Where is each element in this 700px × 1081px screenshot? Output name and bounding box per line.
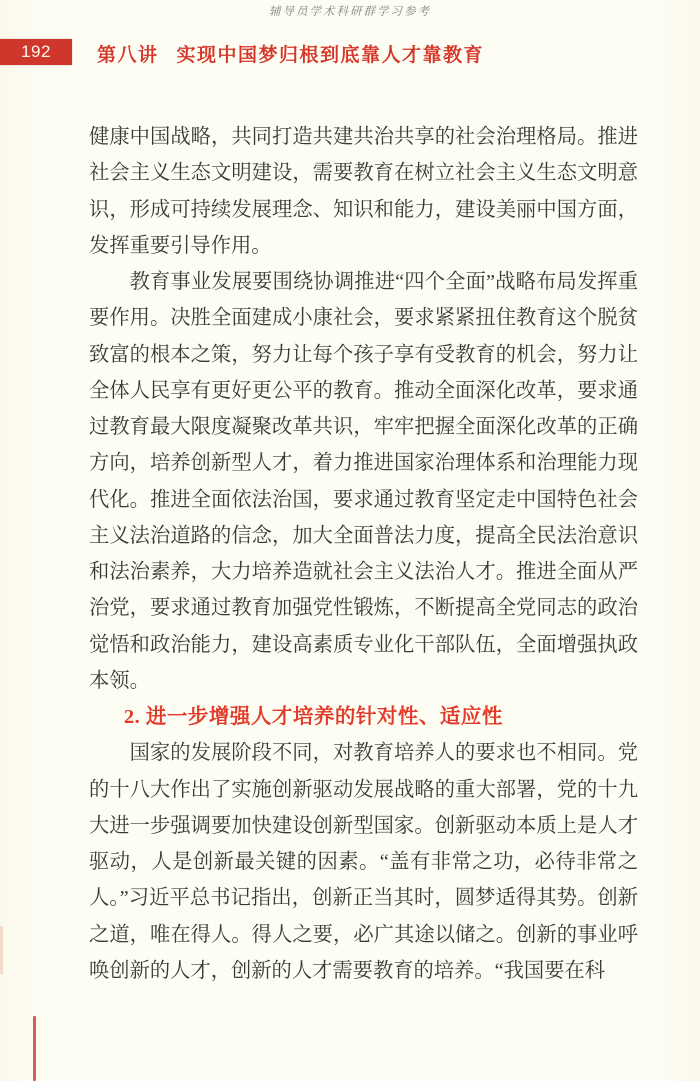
paragraph-four-comprehensives: 教育事业发展要围绕协调推进“四个全面”战略布局发挥重要作用。决胜全面建成小康社会… xyxy=(89,264,638,699)
page-number-badge: 192 xyxy=(0,39,72,65)
scan-edge-smudge xyxy=(0,926,3,974)
page-header: 192 第八讲实现中国梦归根到底靠人才靠教育 xyxy=(0,39,700,66)
watermark-text: 辅导员学术科研群学习参考 xyxy=(0,3,700,19)
chapter-label: 第八讲 xyxy=(97,45,159,66)
body-text-column: 健康中国战略，共同打造共建共治共享的社会治理格局。推进社会主义生态文明建设，需要… xyxy=(89,119,638,989)
paragraph-continuation: 健康中国战略，共同打造共建共治共享的社会治理格局。推进社会主义生态文明建设，需要… xyxy=(89,119,638,264)
chapter-heading: 第八讲实现中国梦归根到底靠人才靠教育 xyxy=(97,40,484,67)
scan-artifact-red-line xyxy=(33,1016,36,1081)
chapter-title: 实现中国梦归根到底靠人才靠教育 xyxy=(177,45,485,66)
paragraph-talent-cultivation: 国家的发展阶段不同，对教育培养人的要求也不相同。党的十八大作出了实施创新驱动发展… xyxy=(89,735,638,989)
section-heading: 2. 进一步增强人才培养的针对性、适应性 xyxy=(89,699,638,735)
